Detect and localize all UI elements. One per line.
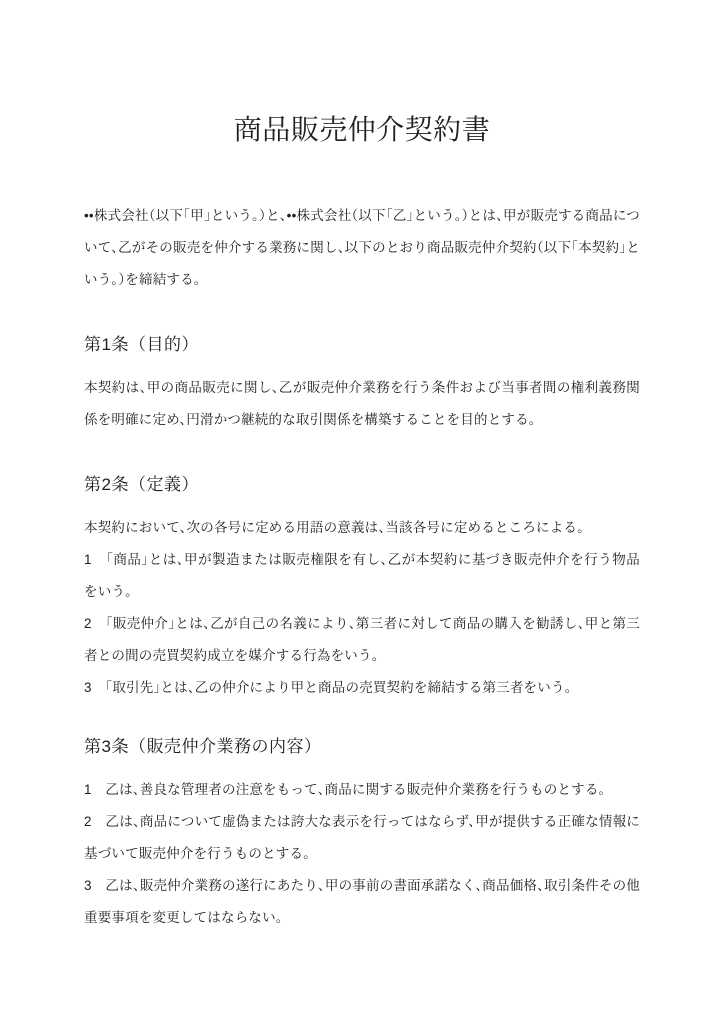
article-2-item-3: 3 「取引先」とは、乙の仲介により甲と商品の売買契約を締結する第三者をいう。 [84,672,640,704]
document-title: 商品販売仲介契約書 [84,110,640,150]
article-3-heading: 第3条（販売仲介業務の内容） [84,734,640,760]
article-3-item-1: 1 乙は、善良な管理者の注意をもって、商品に関する販売仲介業務を行うものとする。 [84,774,640,806]
section-article-1: 第1条（目的） 本契約は、甲の商品販売に関し、乙が販売仲介業務を行う条件および当… [84,332,640,436]
section-article-2: 第2条（定義） 本契約において、次の各号に定める用語の意義は、当該各号に定めると… [84,472,640,704]
article-3-item-3: 3 乙は、販売仲介業務の遂行にあたり、甲の事前の書面承諾なく、商品価格、取引条件… [84,870,640,934]
article-2-heading: 第2条（定義） [84,472,640,498]
article-2-intro: 本契約において、次の各号に定める用語の意義は、当該各号に定めるところによる。 [84,512,640,544]
article-2-item-2: 2 「販売仲介」とは、乙が自己の名義により、第三者に対して商品の購入を勧誘し、甲… [84,608,640,672]
preamble-paragraph: ••株式会社（以下「甲」という。）と、••株式会社（以下「乙」という。）とは、甲… [84,200,640,296]
article-1-paragraph: 本契約は、甲の商品販売に関し、乙が販売仲介業務を行う条件および当事者間の権利義務… [84,372,640,436]
document-page: 商品販売仲介契約書 ••株式会社（以下「甲」という。）と、••株式会社（以下「乙… [0,0,724,1024]
article-1-heading: 第1条（目的） [84,332,640,358]
section-article-3: 第3条（販売仲介業務の内容） 1 乙は、善良な管理者の注意をもって、商品に関する… [84,734,640,934]
article-2-item-1: 1 「商品」とは、甲が製造または販売権限を有し、乙が本契約に基づき販売仲介を行う… [84,544,640,608]
article-3-item-2: 2 乙は、商品について虚偽または誇大な表示を行ってはならず、甲が提供する正確な情… [84,806,640,870]
